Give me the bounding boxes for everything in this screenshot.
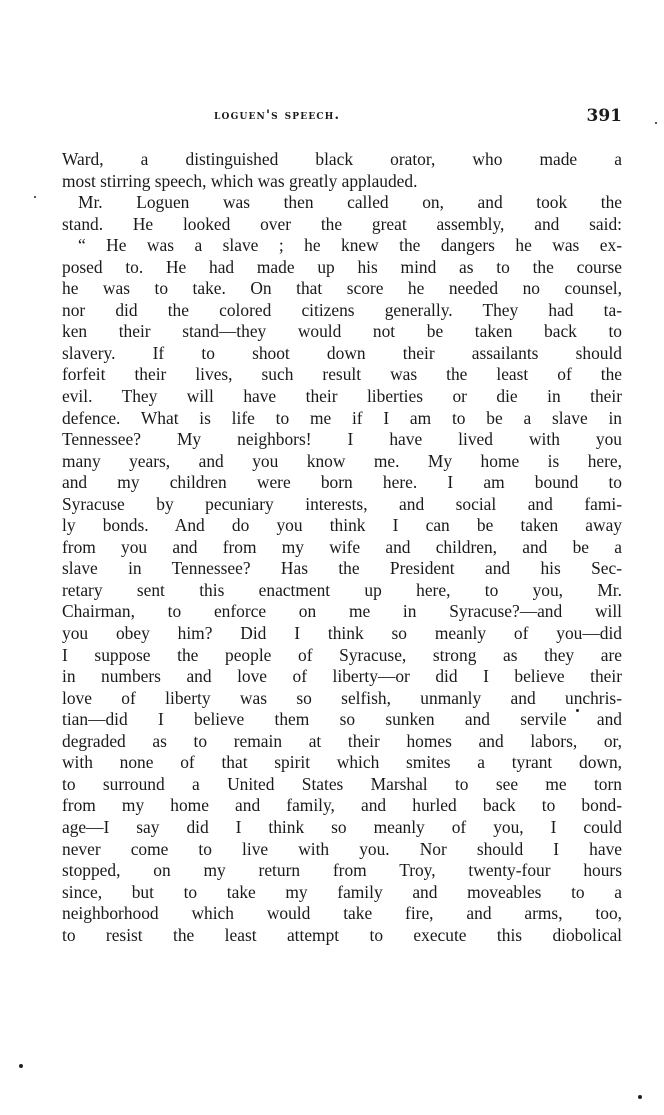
text-line: age—I say did I think so meanly of you, … [62, 817, 622, 839]
page-number: 391 [587, 106, 623, 126]
text-line: to resist the least attempt to execute t… [62, 925, 622, 947]
text-line: slavery. If to shoot down their assailan… [62, 343, 622, 365]
text-line: with none of that spirit which smites a … [62, 752, 622, 774]
text-line: never come to live with you. Nor should … [62, 839, 622, 861]
text-line: from you and from my wife and children, … [62, 537, 622, 559]
text-line: love of liberty was so selfish, unmanly … [62, 688, 622, 710]
text-line: neighborhood which would take fire, and … [62, 903, 622, 925]
text-line: slave in Tennessee? Has the President an… [62, 558, 622, 580]
text-line: ken their stand—they would not be taken … [62, 321, 622, 343]
scan-speck [638, 1095, 642, 1099]
text-line: Ward, a distinguished black orator, who … [62, 149, 622, 171]
scan-speck [576, 709, 579, 712]
body-text: Ward, a distinguished black orator, who … [62, 149, 622, 946]
text-line: in numbers and love of liberty—or did I … [62, 666, 622, 688]
text-line: Mr. Loguen was then called on, and took … [62, 192, 622, 214]
text-line: stopped, on my return from Troy, twenty-… [62, 860, 622, 882]
text-line: since, but to take my family and moveabl… [62, 882, 622, 904]
running-title: Loguen's Speech. [214, 108, 340, 123]
text-line: and my children were born here. I am bou… [62, 472, 622, 494]
text-line: most stirring speech, which was greatly … [62, 171, 622, 193]
scan-speck [19, 1064, 23, 1068]
text-line: Chairman, to enforce on me in Syracuse?—… [62, 601, 622, 623]
text-line: I suppose the people of Syracuse, strong… [62, 645, 622, 667]
text-line: from my home and family, and hurled back… [62, 795, 622, 817]
text-line: retary sent this enactment up here, to y… [62, 580, 622, 602]
scan-speck [34, 196, 36, 198]
text-line: ly bonds. And do you think I can be take… [62, 515, 622, 537]
running-head: Loguen's Speech. 391 [62, 106, 622, 130]
text-line: he was to take. On that score he needed … [62, 278, 622, 300]
text-line: Syracuse by pecuniary interests, and soc… [62, 494, 622, 516]
text-line: stand. He looked over the great assembly… [62, 214, 622, 236]
text-line: evil. They will have their liberties or … [62, 386, 622, 408]
text-line: defence. What is life to me if I am to b… [62, 408, 622, 430]
text-line: “ He was a slave ; he knew the dangers h… [62, 235, 622, 257]
text-line: degraded as to remain at their homes and… [62, 731, 622, 753]
text-line: tian—did I believe them so sunken and se… [62, 709, 622, 731]
text-line: to surround a United States Marshal to s… [62, 774, 622, 796]
scan-speck [655, 122, 657, 124]
text-line: Tennessee? My neighbors! I have lived wi… [62, 429, 622, 451]
text-line: you obey him? Did I think so meanly of y… [62, 623, 622, 645]
text-line: forfeit their lives, such result was the… [62, 364, 622, 386]
text-line: posed to. He had made up his mind as to … [62, 257, 622, 279]
text-line: nor did the colored citizens generally. … [62, 300, 622, 322]
text-line: many years, and you know me. My home is … [62, 451, 622, 473]
